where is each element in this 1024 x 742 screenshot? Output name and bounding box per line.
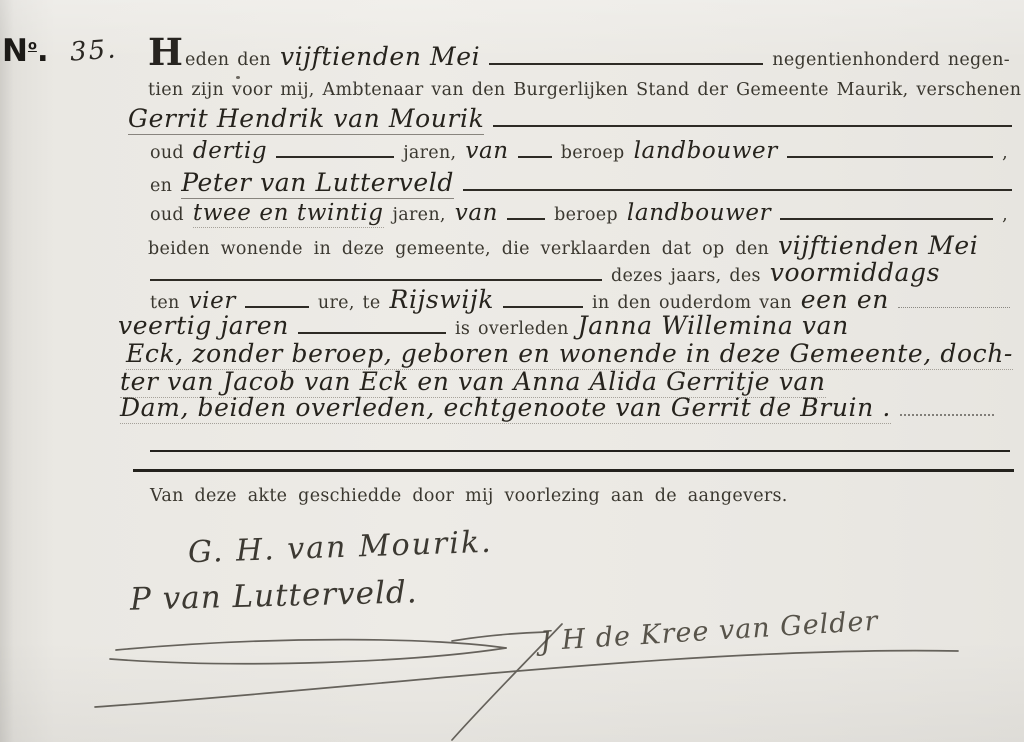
- printed-en: en: [150, 176, 172, 196]
- fill-rule: [245, 300, 309, 308]
- fill-rule: [503, 300, 583, 308]
- handwritten-van: van: [465, 138, 508, 164]
- handwritten-deceased-details-3: Dam, beiden overleden, echtgenoote van G…: [120, 393, 891, 424]
- form-line-closing: Van deze akte geschiedde door mij voorle…: [150, 486, 788, 506]
- printed-dezes-jaars: dezes jaars, des: [611, 266, 761, 286]
- fill-rule: [780, 212, 993, 220]
- handwritten-van: van: [455, 200, 498, 226]
- ink-speck: [236, 76, 240, 79]
- handwritten-place-of-death: Rijswijk: [390, 285, 495, 314]
- fill-rule: [276, 150, 394, 158]
- printed-beroep: beroep: [554, 205, 618, 225]
- handwritten-block-line1: Eck, zonder beroep, geboren en wonende i…: [126, 339, 1013, 370]
- record-number-n: N: [2, 33, 28, 69]
- handwritten-registration-date: vijftienden Mei: [280, 42, 480, 71]
- lutterveld-flourish-stroke-1: [116, 640, 506, 650]
- fill-rule: [518, 150, 552, 158]
- form-line-dezes-jaars: dezes jaars, des voormiddags: [150, 258, 1010, 287]
- printed-ambtenaar-line: tien zijn voor mij, Ambtenaar van den Bu…: [148, 80, 1021, 100]
- handwritten-declarant1-age: dertig: [193, 138, 267, 164]
- drop-cap-h: H: [148, 38, 183, 68]
- handwritten-age-part1: een en: [801, 285, 889, 314]
- handwritten-deceased-details-1: Eck, zonder beroep, geboren en wonende i…: [126, 339, 1013, 370]
- registrar-underline-sweep: [95, 651, 958, 707]
- printed-oud: oud: [150, 205, 184, 225]
- record-number-value: 35.: [69, 34, 118, 67]
- printed-comma: ,: [1002, 205, 1008, 225]
- signature-declarant-2: P van Lutterveld.: [130, 574, 418, 618]
- signature-registrar: J H de Kree van Gelder: [539, 606, 879, 658]
- handwritten-declarant1-name: Gerrit Hendrik van Mourik: [128, 104, 484, 135]
- handwritten-deceased-name-part1: Janna Willemina van: [578, 311, 849, 340]
- form-line-deceased: veertig jaren is overleden Janna Willemi…: [118, 311, 849, 340]
- printed-beroep: beroep: [561, 143, 625, 163]
- handwritten-declarant2-occupation: landbouwer: [627, 200, 771, 226]
- form-line-declarant1-details: oud dertig jaren, van beroep landbouwer …: [150, 138, 1010, 164]
- fill-rule: [463, 183, 1012, 191]
- handwritten-block-line3: Dam, beiden overleden, echtgenoote van G…: [120, 393, 994, 424]
- fill-rule: [493, 119, 1012, 127]
- record-number-sup: o: [28, 39, 37, 54]
- form-line-declarant1-name: Gerrit Hendrik van Mourik: [128, 104, 1012, 135]
- printed-oud: oud: [150, 143, 184, 163]
- handwritten-declarant1-occupation: landbouwer: [634, 138, 778, 164]
- printed-is-overleden: is overleden: [455, 319, 569, 339]
- form-line-declarant2-details: oud twee en twintig jaren, van beroep la…: [150, 200, 1010, 228]
- printed-ouderdom: in den ouderdom van: [592, 293, 792, 313]
- separator-rule-lower: [133, 469, 1014, 472]
- printed-voorlezing: Van deze akte geschiedde door mij voorle…: [150, 486, 788, 506]
- handwritten-age-part2: veertig jaren: [118, 311, 289, 340]
- printed-jaren: jaren,: [393, 205, 446, 225]
- fill-rule: [150, 273, 602, 281]
- form-line-officiant: tien zijn voor mij, Ambtenaar van den Bu…: [148, 80, 1021, 100]
- printed-jaren: jaren,: [403, 143, 456, 163]
- printed-heden-den: eden den: [185, 50, 271, 70]
- signature-declarant-1: G. H. van Mourik.: [187, 525, 493, 571]
- death-record-document: No. 35. H eden den vijftienden Mei negen…: [0, 0, 1024, 742]
- handwritten-declarant2-age: twee en twintig: [193, 200, 384, 228]
- flourish-dash: [452, 632, 546, 641]
- handwritten-death-date: vijftienden Mei: [778, 231, 978, 260]
- printed-ten: ten: [150, 293, 180, 313]
- printed-comma: ,: [1002, 143, 1008, 163]
- fill-rule: [489, 57, 763, 65]
- handwritten-declarant2-name: Peter van Lutterveld: [181, 168, 454, 199]
- printed-ure-te: ure, te: [318, 293, 381, 313]
- record-number-label: No.: [2, 33, 49, 69]
- handwritten-time-of-day: voormiddags: [770, 258, 940, 287]
- dotted-rule: [898, 301, 1010, 308]
- fill-rule: [298, 326, 446, 334]
- separator-rule-upper: [150, 450, 1010, 452]
- dotted-rule: [900, 408, 994, 416]
- lutterveld-flourish-stroke-2: [110, 648, 506, 664]
- printed-year: negentienhonderd negen-: [772, 50, 1010, 70]
- form-line-date: H eden den vijftienden Mei negentienhond…: [148, 38, 1010, 71]
- form-line-declaration: beiden wonende in deze gemeente, die ver…: [148, 231, 978, 260]
- record-number-dot: .: [37, 33, 49, 69]
- fill-rule: [507, 212, 545, 220]
- form-line-declarant2-name: en Peter van Lutterveld: [150, 168, 1012, 199]
- printed-beiden-wonende: beiden wonende in deze gemeente, die ver…: [148, 239, 769, 259]
- form-line-time-place: ten vier ure, te Rijswijk in den ouderdo…: [150, 285, 1010, 314]
- fill-rule: [787, 150, 993, 158]
